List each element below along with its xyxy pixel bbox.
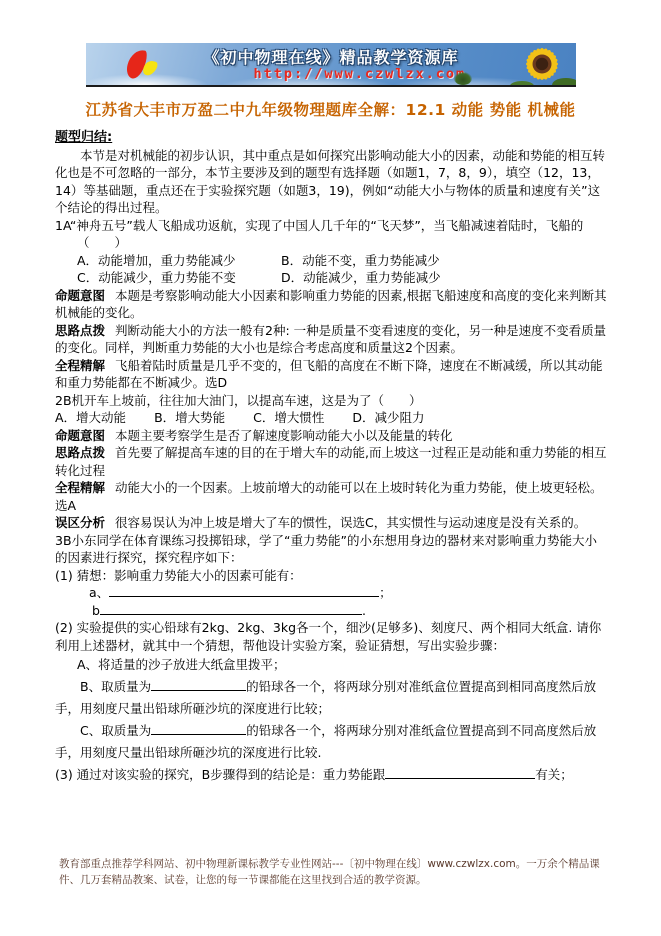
site-banner: 《初中物理在线》精品教学资源库 http://www.czwlzx.com (86, 43, 576, 87)
q2-intent-text: 本题主要考察学生是否了解速度影响动能大小以及能量的转化 (115, 428, 453, 443)
document-body: 题型归结: 本节是对机械能的初步认识，其中重点是如何探究出影响动能大小的因素，动… (0, 128, 661, 786)
q3-step-c: C、取质量为的铅球各一个，将两球分别对准纸盒位置提高到不同高度然后放手，用刻度尺… (55, 720, 609, 764)
answer-blank-a[interactable] (109, 584, 379, 597)
q2-intent: 命题意图本题主要考察学生是否了解速度影响动能大小以及能量的转化 (55, 427, 609, 445)
q1-hint-text: 判断动能大小的方法一般有2种: 一种是质量不变看速度的变化，另一种是速度不变看质… (55, 323, 606, 356)
q3-stem: 3B小东同学在体育课练习投掷铅球，学了“重力势能”的小东想用身边的器材来对影响重… (55, 532, 609, 567)
q3-step-a: A、将适量的沙子放进大纸盒里拨平； (55, 654, 609, 676)
q2-option-b: B．增大势能 (154, 409, 225, 427)
q3-step-c-prefix: C、取质量为 (80, 723, 151, 738)
q1-stem: 1A“神舟五号”载人飞船成功返航，实现了中国人几千年的“飞天梦”，当飞船减速着陆… (55, 217, 609, 235)
q1-option-b: B．动能不变，重力势能减少 (281, 252, 440, 270)
q2-options-row: A．增大动能 B．增大势能 C．增大惯性 D．减少阻力 (55, 409, 609, 427)
summary-paragraph: 本节是对机械能的初步认识，其中重点是如何探究出影响动能大小的因素，动能和势能的相… (55, 147, 609, 217)
plant-icon (454, 72, 472, 85)
solution-label: 全程精解 (55, 480, 105, 495)
q3-blank-b-line: b. (55, 602, 609, 620)
q3-blank-a-prefix: a、 (89, 585, 109, 600)
q1-option-d: D．动能减少，重力势能减少 (281, 269, 441, 287)
q3-part3-prefix: (3) 通过对该实验的探究，B步骤得到的结论是：重力势能跟 (55, 767, 385, 782)
banner-site-name: 《初中物理在线》精品教学资源库 (204, 45, 459, 68)
document-title: 江苏省大丰市万盈二中九年级物理题库全解：12.1 动能 势能 机械能 (0, 98, 661, 120)
q2-option-d: D．减少阻力 (352, 409, 424, 427)
intent-label: 命题意图 (55, 288, 105, 303)
q1-option-c: C．动能减少，重力势能不变 (77, 269, 281, 287)
site-logo-icon (126, 47, 164, 83)
q1-option-a: A．动能增加，重力势能减少 (77, 252, 281, 270)
q2-hint: 思路点拨首先要了解提高车速的目的在于增大车的动能,而上坡这一过程正是动能和重力势… (55, 444, 609, 479)
q3-blank-b-prefix: b (92, 603, 100, 618)
document-page: 《初中物理在线》精品教学资源库 http://www.czwlzx.com (0, 0, 661, 936)
q3-blank-a-suffix: ； (379, 585, 392, 600)
q3-part3-suffix: 有关； (535, 767, 573, 782)
q3-step-b-prefix: B、取质量为 (80, 679, 151, 694)
q3-blank-a-line: a、； (55, 584, 609, 602)
q2-solution: 全程精解动能大小的一个因素。上坡前增大的动能可以在上坡时转化为重力势能，使上坡更… (55, 479, 609, 514)
answer-blank-b[interactable] (100, 602, 362, 615)
hint-label: 思路点拨 (55, 445, 105, 460)
q3-part1: (1) 猜想：影响重力势能大小的因素可能有： (55, 567, 609, 585)
banner-site-url[interactable]: http://www.czwlzx.com (254, 66, 467, 82)
intent-label: 命题意图 (55, 428, 105, 443)
solution-label: 全程精解 (55, 358, 105, 373)
q1-intent-text: 本题是考察影响动能大小因素和影响重力势能的因素,根据飞船速度和高度的变化来判断其… (55, 288, 607, 321)
q1-options-row1: A．动能增加，重力势能减少 B．动能不变，重力势能减少 (55, 252, 609, 270)
q1-options-row2: C．动能减少，重力势能不变 D．动能减少，重力势能减少 (55, 269, 609, 287)
q2-pitfall-text: 很容易误认为冲上坡是增大了车的惯性，误选C，其实惯性与运动速度是没有关系的。 (115, 515, 586, 530)
section-heading: 题型归结: (55, 130, 112, 145)
answer-blank-conclusion[interactable] (385, 766, 535, 779)
answer-blank-mass-c[interactable] (151, 722, 246, 735)
q1-hint: 思路点拨判断动能大小的方法一般有2种: 一种是质量不变看速度的变化，另一种是速度… (55, 322, 609, 357)
q2-solution-text: 动能大小的一个因素。上坡前增大的动能可以在上坡时转化为重力势能，使上坡更轻松。选… (55, 480, 603, 513)
section-heading-line: 题型归结: (55, 128, 609, 147)
q2-hint-text: 首先要了解提高车速的目的在于增大车的动能,而上坡这一过程正是动能和重力势能的相互… (55, 445, 607, 478)
q2-option-c: C．增大惯性 (253, 409, 324, 427)
q1-solution: 全程精解飞船着陆时质量是几乎不变的，但飞船的高度在不断下降，速度在不断减缓，所以… (55, 357, 609, 392)
q1-answer-bracket: （ ） (55, 234, 609, 252)
answer-blank-mass-b[interactable] (151, 678, 246, 691)
hint-label: 思路点拨 (55, 323, 105, 338)
q3-step-b: B、取质量为的铅球各一个，将两球分别对准纸盒位置提高到相同高度然后放手，用刻度尺… (55, 676, 609, 720)
q2-pitfall: 误区分析很容易误认为冲上坡是增大了车的惯性，误选C，其实惯性与运动速度是没有关系… (55, 514, 609, 532)
q3-part2: (2) 实验提供的实心铅球有2kg、2kg、3kg各一个，细沙(足够多)、刻度尺… (55, 619, 609, 654)
q2-option-a: A．增大动能 (55, 409, 126, 427)
q3-part3: (3) 通过对该实验的探究，B步骤得到的结论是：重力势能跟有关； (55, 764, 609, 786)
pitfall-label: 误区分析 (55, 515, 105, 530)
q1-intent: 命题意图本题是考察影响动能大小因素和影响重力势能的因素,根据飞船速度和高度的变化… (55, 287, 609, 322)
footer-note: 教育部重点推荐学科网站、初中物理新课标教学专业性网站---〔初中物理在线〕www… (59, 857, 619, 888)
q1-solution-text: 飞船着陆时质量是几乎不变的，但飞船的高度在不断下降，速度在不断减缓，所以其动能和… (55, 358, 603, 391)
q2-stem: 2B机开车上坡前，往往加大油门，以提高车速，这是为了（ ） (55, 392, 609, 410)
sunflower-icon (502, 43, 576, 87)
q3-blank-b-suffix: . (362, 603, 366, 618)
